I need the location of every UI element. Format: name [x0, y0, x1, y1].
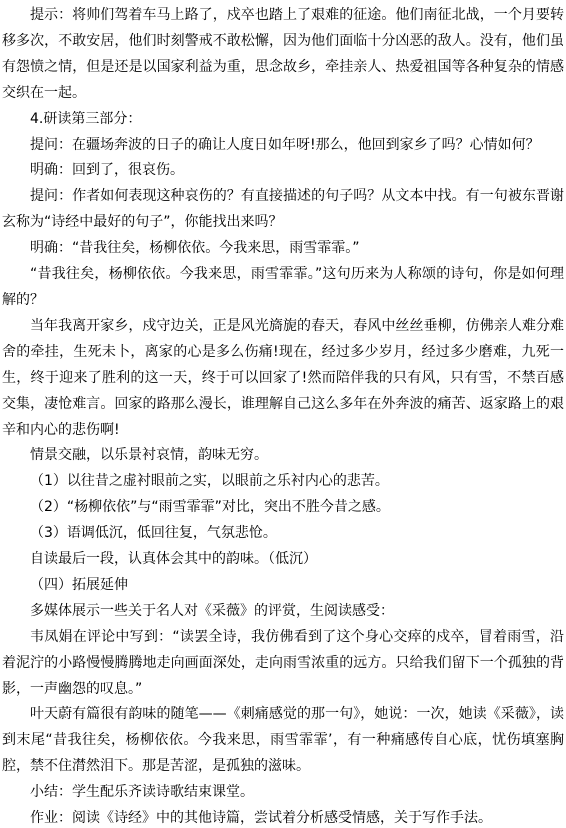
- paragraph-homework: 作业：阅读《诗经》中的其他诗篇，尝试着分析感受情感，关于写作手法。: [2, 806, 564, 828]
- paragraph-answer-verse: 明确：“昔我往矣，杨柳依依。今我来思，雨雪霏霏。”: [2, 236, 564, 262]
- paragraph-summary: 小结：学生配乐齐读诗歌结束课堂。: [2, 780, 564, 806]
- document-page: 提示：将帅们驾着车马上路了，戍卒也踏上了艰难的征途。他们南征北战，一个月要转移多…: [0, 0, 566, 828]
- paragraph-point-3: （3）语调低沉，低回往复，气氛悲怆。: [2, 521, 564, 547]
- paragraph-point-2: （2）“杨柳依依”与“雨雪霏霏”对比，突出不胜今昔之感。: [2, 495, 564, 521]
- paragraph-section-4-heading: 4.研读第三部分：: [2, 107, 564, 133]
- paragraph-leaving-home-essay: 当年我离开家乡，戍守边关，正是风光旖旎的春天，春风中丝丝垂柳，仿佛亲人难分难舍的…: [2, 314, 564, 444]
- paragraph-verse-discussion: “昔我往矣，杨柳依依。今我来思，雨雪霏霏。”这句历来为人称颂的诗句，你是如何理解…: [2, 262, 564, 314]
- paragraph-answer-returned: 明确：回到了，很哀伤。: [2, 158, 564, 184]
- paragraph-extension-heading: （四）拓展延伸: [2, 573, 564, 599]
- paragraph-point-1: （1）以往昔之虚衬眼前之实，以眼前之乐衬内心的悲苦。: [2, 469, 564, 495]
- paragraph-multimedia-intro: 多媒体展示一些关于名人对《采薇》的评赏，生阅读感受：: [2, 599, 564, 625]
- paragraph-wei-fengjuan-quote: 韦凤娟在评论中写到：“读罢全诗，我仿佛看到了这个身心交瘁的戍卒，冒着雨雪，沿着泥…: [2, 625, 564, 703]
- paragraph-hint-generals: 提示：将帅们驾着车马上路了，戍卒也踏上了艰难的征途。他们南征北战，一个月要转移多…: [2, 3, 564, 107]
- paragraph-ye-tianwei-essay: 叶天蔚有篇很有韵味的随笔——《刺痛感觉的那一句》，她说：一次，她读《采薇》，读到…: [2, 702, 564, 780]
- paragraph-scene-emotion: 情景交融，以乐景衬哀情，韵味无穷。: [2, 443, 564, 469]
- paragraph-question-sorrow: 提问：作者如何表现这种哀伤的？有直接描述的句子吗？从文本中找。有一句被东晋谢玄称…: [2, 184, 564, 236]
- paragraph-self-reading: 自读最后一段，认真体会其中的韵味。（低沉）: [2, 547, 564, 573]
- paragraph-question-return: 提问：在疆场奔波的日子的确让人度日如年呀!那么，他回到家乡了吗？心情如何？: [2, 133, 564, 159]
